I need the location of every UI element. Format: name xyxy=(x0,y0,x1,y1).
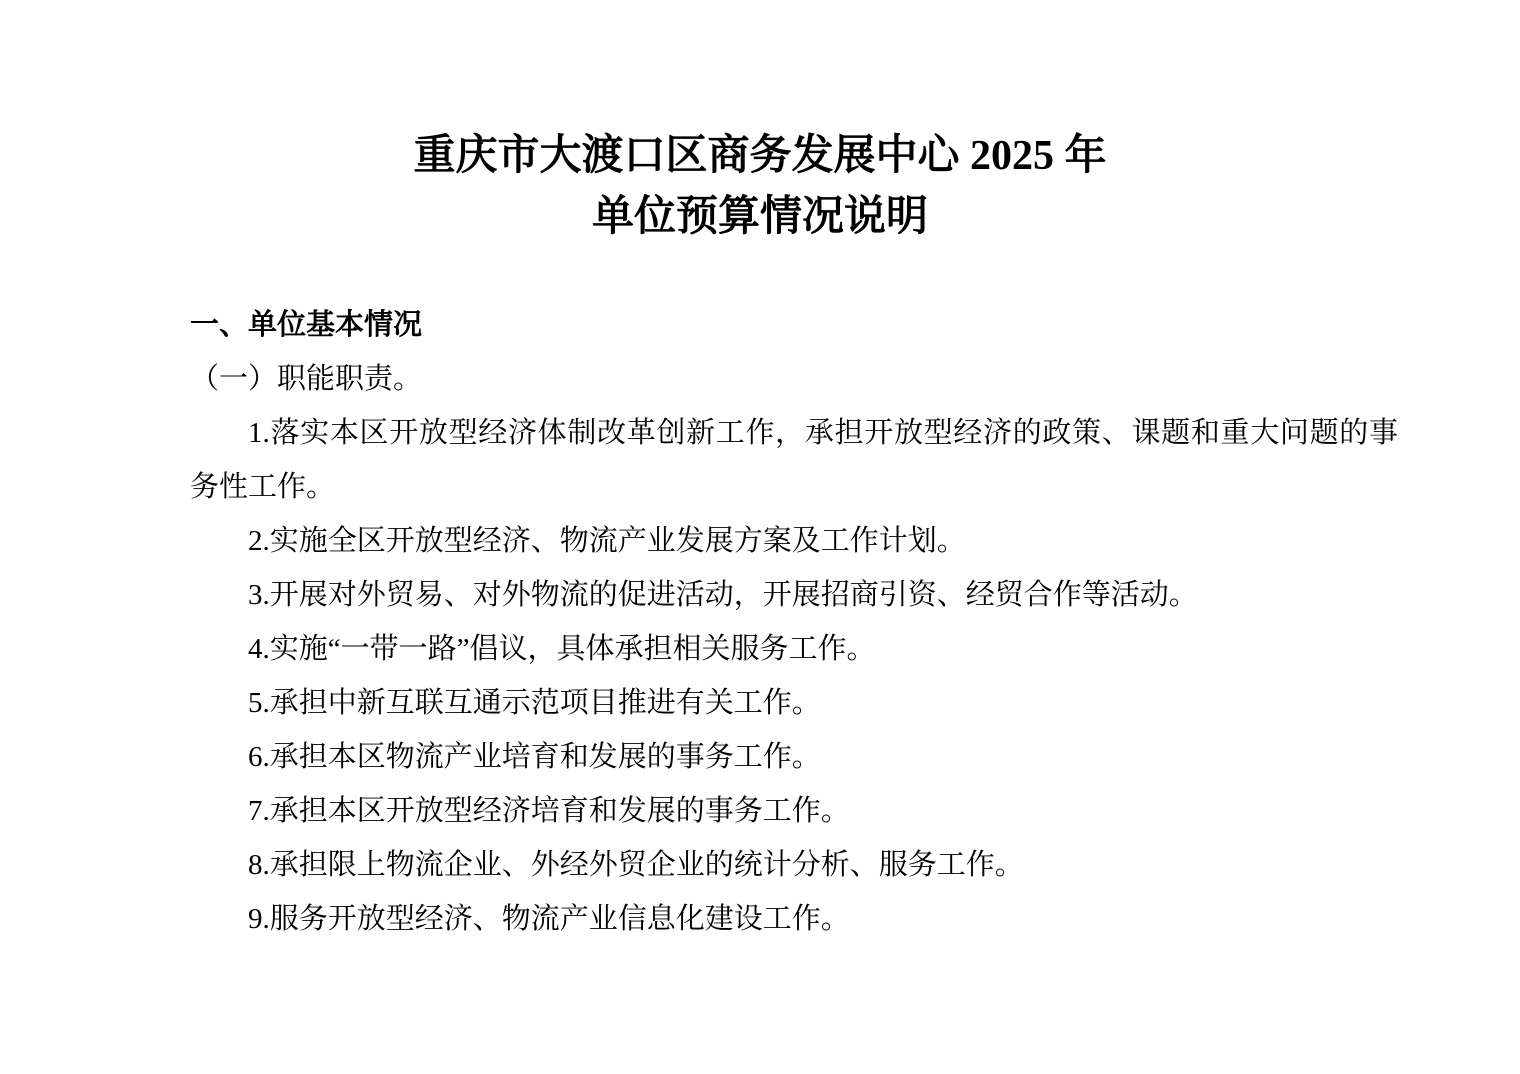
document-title-line-1: 重庆市大渡口区商务发展中心 2025 年 xyxy=(0,126,1520,187)
duty-item-5: 5.承担中新互联互通示范项目推进有关工作。 xyxy=(190,676,1398,730)
duty-item-9: 9.服务开放型经济、物流产业信息化建设工作。 xyxy=(190,892,1398,946)
document-title: 重庆市大渡口区商务发展中心 2025 年 单位预算情况说明 xyxy=(0,0,1520,248)
document-page: 重庆市大渡口区商务发展中心 2025 年 单位预算情况说明 一、单位基本情况 （… xyxy=(0,0,1520,1074)
duty-item-4: 4.实施“一带一路”倡议，具体承担相关服务工作。 xyxy=(190,622,1398,676)
document-body: 一、单位基本情况 （一）职能职责。 1.落实本区开放型经济体制改革创新工作，承担… xyxy=(0,298,1520,946)
section-heading: 一、单位基本情况 xyxy=(190,298,1398,352)
duty-item-6: 6.承担本区物流产业培育和发展的事务工作。 xyxy=(190,730,1398,784)
section-subheading: （一）职能职责。 xyxy=(190,352,1398,406)
document-title-line-2: 单位预算情况说明 xyxy=(0,187,1520,248)
duty-item-3: 3.开展对外贸易、对外物流的促进活动，开展招商引资、经贸合作等活动。 xyxy=(190,568,1398,622)
duty-item-8: 8.承担限上物流企业、外经外贸企业的统计分析、服务工作。 xyxy=(190,838,1398,892)
duty-item-2: 2.实施全区开放型经济、物流产业发展方案及工作计划。 xyxy=(190,514,1398,568)
duty-item-1: 1.落实本区开放型经济体制改革创新工作，承担开放型经济的政策、课题和重大问题的事… xyxy=(190,406,1398,514)
duty-item-7: 7.承担本区开放型经济培育和发展的事务工作。 xyxy=(190,784,1398,838)
